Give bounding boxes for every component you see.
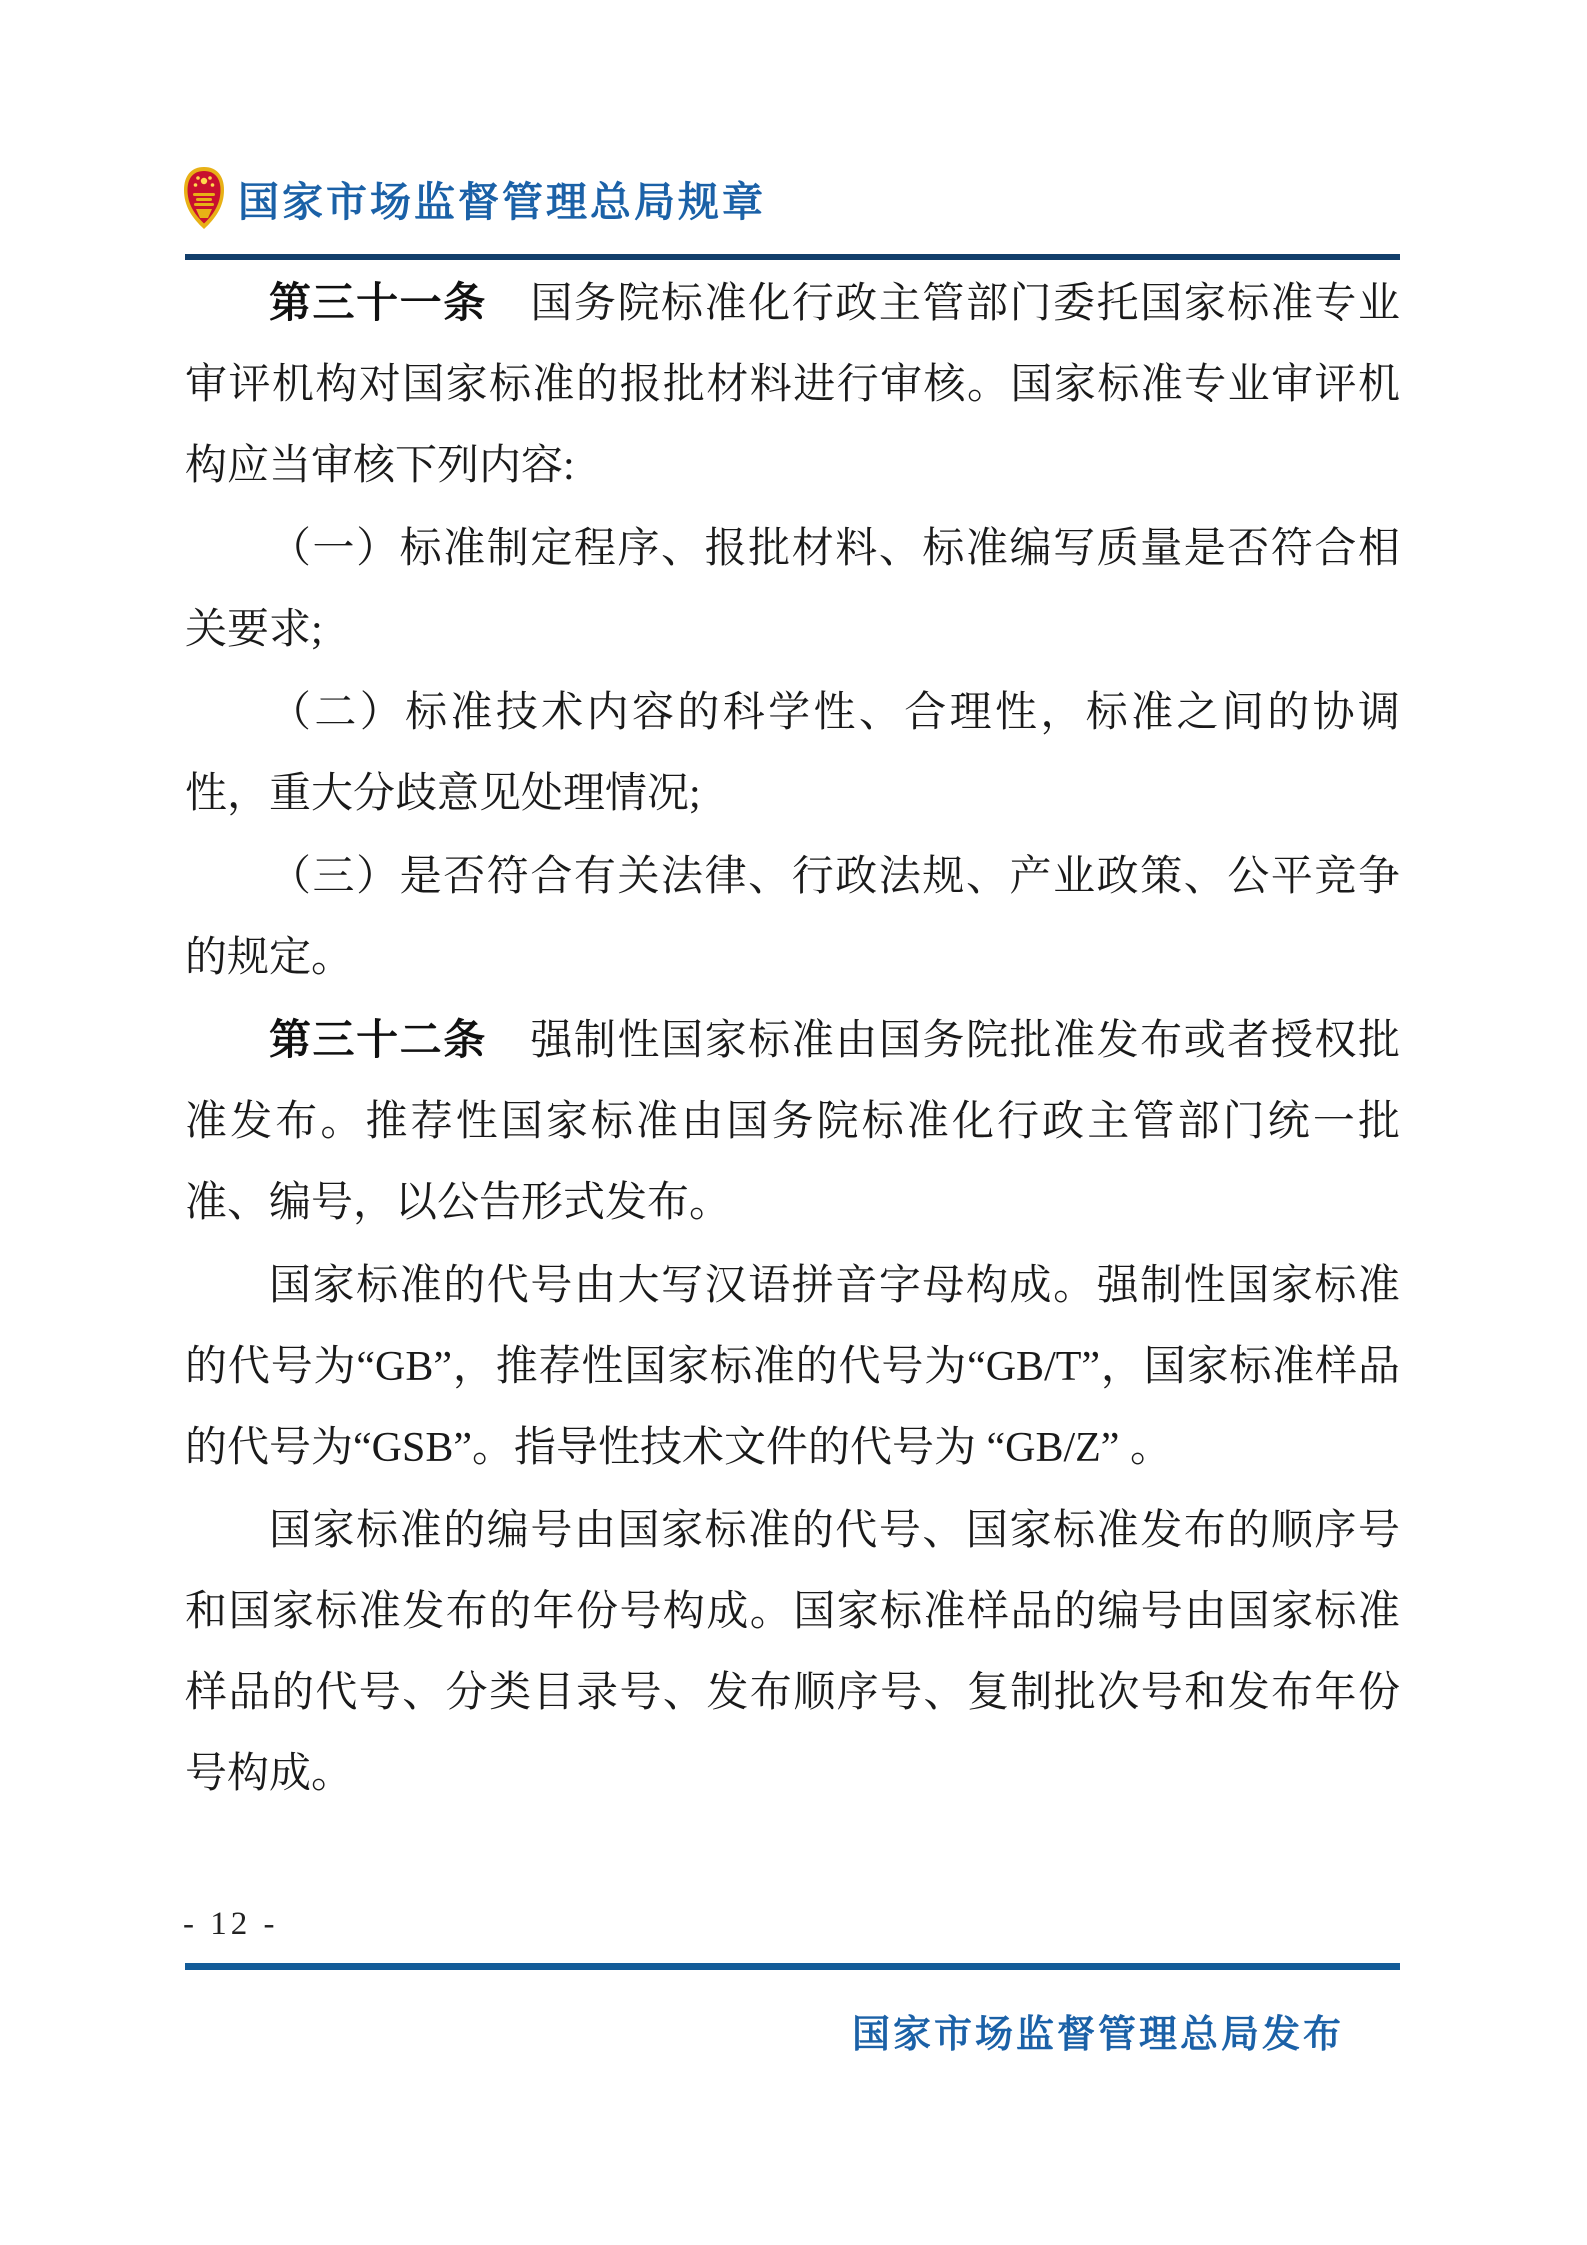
body-paragraph: 第三十一条 国务院标准化行政主管部门委托国家标准专业审评机构对国家标准的报批材料… <box>185 262 1400 507</box>
page-number: - 12 - <box>183 1906 278 1943</box>
body-paragraph: 第三十二条 强制性国家标准由国务院批准发布或者授权批准发布。推荐性国家标准由国务… <box>185 999 1400 1244</box>
body-paragraph: （三）是否符合有关法律、行政法规、产业政策、公平竞争的规定。 <box>185 835 1400 999</box>
article-number: 第三十二条 <box>269 1016 487 1063</box>
paragraph-text: 国家标准的代号由大写汉语拼音字母构成。强制性国家标准的代号为“GB”，推荐性国家… <box>185 1263 1400 1471</box>
body-paragraph: （一）标准制定程序、报批材料、标准编写质量是否符合相关要求; <box>185 507 1400 671</box>
paragraph-text: （二）标准技术内容的科学性、合理性，标准之间的协调性，重大分歧意见处理情况; <box>185 690 1400 817</box>
body-paragraph: 国家标准的编号由国家标准的代号、国家标准发布的顺序号和国家标准发布的年份号构成。… <box>185 1489 1400 1815</box>
article-number: 第三十一条 <box>269 279 487 326</box>
body-paragraph: （二）标准技术内容的科学性、合理性，标准之间的协调性，重大分歧意见处理情况; <box>185 671 1400 835</box>
document-page: 国家市场监督管理总局规章 第三十一条 国务院标准化行政主管部门委托国家标准专业审… <box>0 0 1587 2245</box>
national-emblem-icon <box>183 166 225 230</box>
header-title: 国家市场监督管理总局规章 <box>238 169 766 228</box>
paragraph-text: （一）标准制定程序、报批材料、标准编写质量是否符合相关要求; <box>185 526 1400 653</box>
footer-divider <box>185 1963 1400 1970</box>
document-body: 第三十一条 国务院标准化行政主管部门委托国家标准专业审评机构对国家标准的报批材料… <box>185 262 1400 1815</box>
paragraph-text: （三）是否符合有关法律、行政法规、产业政策、公平竞争的规定。 <box>185 854 1400 981</box>
body-paragraph: 国家标准的代号由大写汉语拼音字母构成。强制性国家标准的代号为“GB”，推荐性国家… <box>185 1244 1400 1489</box>
page-header: 国家市场监督管理总局规章 <box>183 166 766 230</box>
paragraph-text: 国家标准的编号由国家标准的代号、国家标准发布的顺序号和国家标准发布的年份号构成。… <box>185 1508 1400 1797</box>
header-divider <box>185 254 1400 260</box>
footer-publisher: 国家市场监督管理总局发布 <box>852 2003 1344 2058</box>
